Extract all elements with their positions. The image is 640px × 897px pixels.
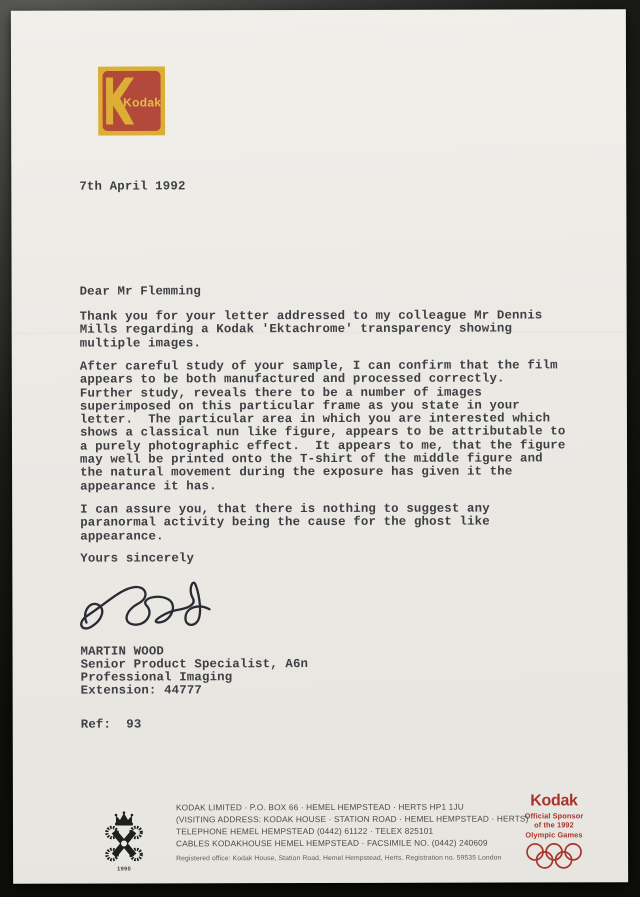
- footer-address-line-2: (VISITING ADDRESS: KODAK HOUSE · STATION…: [176, 812, 529, 825]
- letter-closing: Yours sincerely: [80, 552, 194, 566]
- reference-number: Ref: 93: [81, 718, 142, 731]
- footer-address-line-1: KODAK LIMITED · P.O. BOX 66 · HEMEL HEMP…: [176, 801, 464, 814]
- letter-paper: Kodak 7th April 1992 Dear Mr Flemming Th…: [11, 9, 628, 884]
- olympic-rings-icon: [525, 842, 583, 869]
- letter-paragraph-1: Thank you for your letter addressed to m…: [80, 309, 543, 350]
- footer-address-line-3: TELEPHONE HEMEL HEMPSTEAD (0442) 61122 ·…: [176, 825, 433, 838]
- award-year: 1990: [101, 866, 147, 872]
- olympic-sponsor-block: Kodak Official Sponsor of the 1992 Olymp…: [513, 793, 595, 874]
- sponsor-tagline: Official Sponsor of the 1992 Olympic Gam…: [513, 811, 595, 839]
- letter-paragraph-2: After careful study of your sample, I ca…: [80, 359, 566, 493]
- letter-date: 7th April 1992: [79, 180, 185, 194]
- kodak-logo: Kodak: [98, 66, 165, 135]
- sponsor-brand-wordmark: Kodak: [513, 793, 595, 809]
- letter-salutation: Dear Mr Flemming: [80, 285, 201, 299]
- signature-icon: [74, 570, 219, 655]
- photo-background: { "header_logo": { "brand": "Kodak" }, "…: [0, 0, 640, 897]
- signer-extension: Extension: 44777: [81, 684, 202, 698]
- registered-office-line: Registered office: Kodak House, Station …: [176, 855, 501, 863]
- footer-address-line-4: CABLES KODAKHOUSE HEMEL HEMPSTEAD · FACS…: [176, 837, 488, 850]
- letter-paragraph-3: I can assure you, that there is nothing …: [80, 503, 490, 544]
- olympic-rings: [513, 842, 595, 874]
- kodak-logo-wordmark: Kodak: [123, 95, 161, 109]
- queens-award-emblem: 1990: [101, 810, 147, 872]
- queens-award-icon: [102, 810, 146, 862]
- kodak-logo-icon: Kodak: [98, 66, 165, 135]
